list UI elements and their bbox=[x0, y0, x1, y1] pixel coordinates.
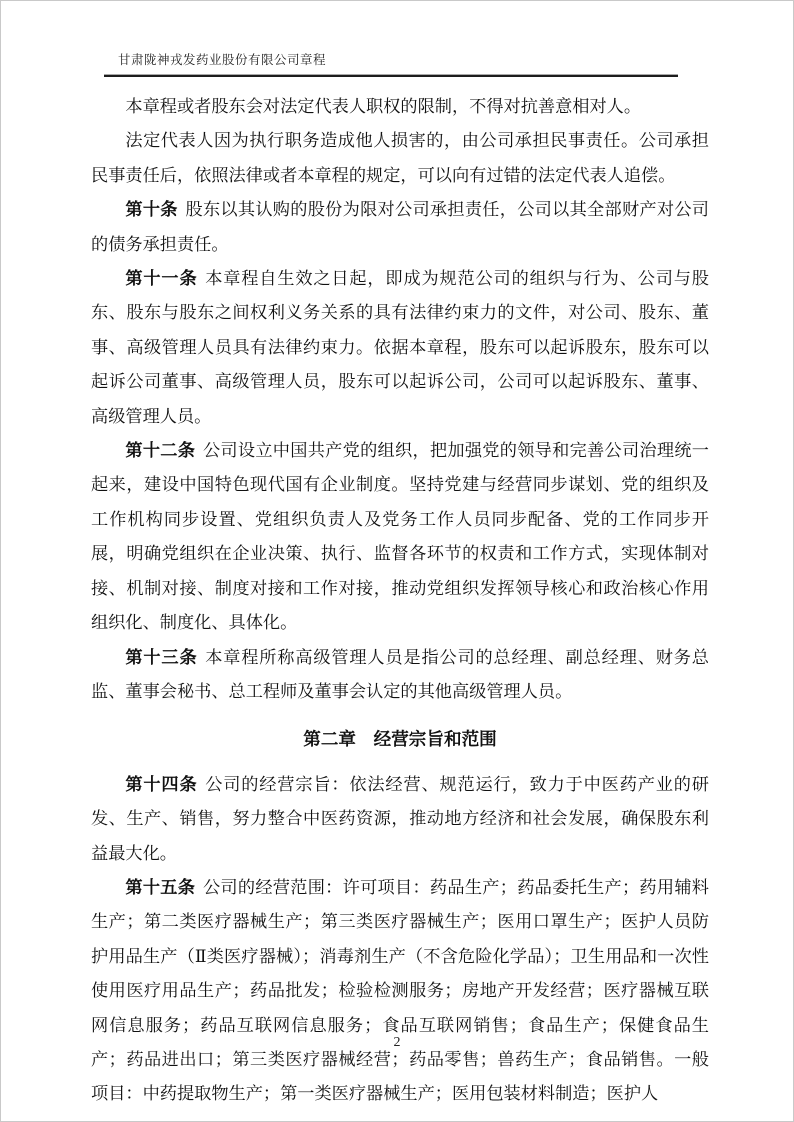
page-footer: 2 bbox=[1, 1035, 793, 1051]
article-paragraph: 第十一条本章程自生效之日起，即成为规范公司的组织与行为、公司与股东、股东与股东之… bbox=[91, 262, 709, 434]
header-rule bbox=[104, 74, 678, 77]
header-title: 甘肃陇神戎发药业股份有限公司章程 bbox=[118, 51, 326, 69]
article-text: 本章程自生效之日起，即成为规范公司的组织与行为、公司与股东、股东与股东之间权利义… bbox=[91, 269, 709, 426]
article-text: 本章程或者股东会对法定代表人职权的限制，不得对抗善意相对人。 bbox=[125, 97, 641, 116]
article-paragraph: 第十三条本章程所称高级管理人员是指公司的总经理、副总经理、财务总监、董事会秘书、… bbox=[91, 641, 709, 710]
article-text: 法定代表人因为执行职务造成他人损害的，由公司承担民事责任。公司承担民事责任后，依… bbox=[91, 131, 709, 184]
article-paragraph: 第十条股东以其认购的股份为限对公司承担责任，公司以其全部财产对公司的债务承担责任… bbox=[91, 193, 709, 262]
chapter-number: 第二章 bbox=[303, 729, 356, 749]
chapter-heading: 第二章经营宗旨和范围 bbox=[91, 722, 709, 756]
article-number: 第十一条 bbox=[125, 269, 197, 288]
article-paragraph: 第十五条公司的经营范围：许可项目：药品生产；药品委托生产；药用辅料生产；第二类医… bbox=[91, 871, 709, 1112]
page-number: 2 bbox=[394, 1035, 401, 1050]
article-text: 股东以其认购的股份为限对公司承担责任，公司以其全部财产对公司的债务承担责任。 bbox=[91, 200, 709, 253]
document-body: 本章程或者股东会对法定代表人职权的限制，不得对抗善意相对人。法定代表人因为执行职… bbox=[91, 90, 709, 1112]
chapter-title: 经营宗旨和范围 bbox=[374, 729, 497, 749]
article-number: 第十三条 bbox=[125, 648, 197, 667]
article-number: 第十四条 bbox=[125, 775, 197, 794]
document-page: 甘肃陇神戎发药业股份有限公司章程 本章程或者股东会对法定代表人职权的限制，不得对… bbox=[0, 0, 794, 1122]
article-text: 公司的经营范围：许可项目：药品生产；药品委托生产；药用辅料生产；第二类医疗器械生… bbox=[91, 878, 709, 1103]
article-text: 公司设立中国共产党的组织，把加强党的领导和完善公司治理统一起来，建设中国特色现代… bbox=[91, 441, 709, 632]
article-number: 第十二条 bbox=[125, 441, 195, 460]
article-number: 第十五条 bbox=[125, 878, 195, 897]
article-number: 第十条 bbox=[125, 200, 177, 219]
article-paragraph: 第十四条公司的经营宗旨：依法经营、规范运行，致力于中医药产业的研发、生产、销售，… bbox=[91, 768, 709, 871]
article-paragraph: 法定代表人因为执行职务造成他人损害的，由公司承担民事责任。公司承担民事责任后，依… bbox=[91, 124, 709, 193]
article-paragraph: 第十二条公司设立中国共产党的组织，把加强党的领导和完善公司治理统一起来，建设中国… bbox=[91, 434, 709, 640]
article-paragraph: 本章程或者股东会对法定代表人职权的限制，不得对抗善意相对人。 bbox=[91, 90, 709, 124]
